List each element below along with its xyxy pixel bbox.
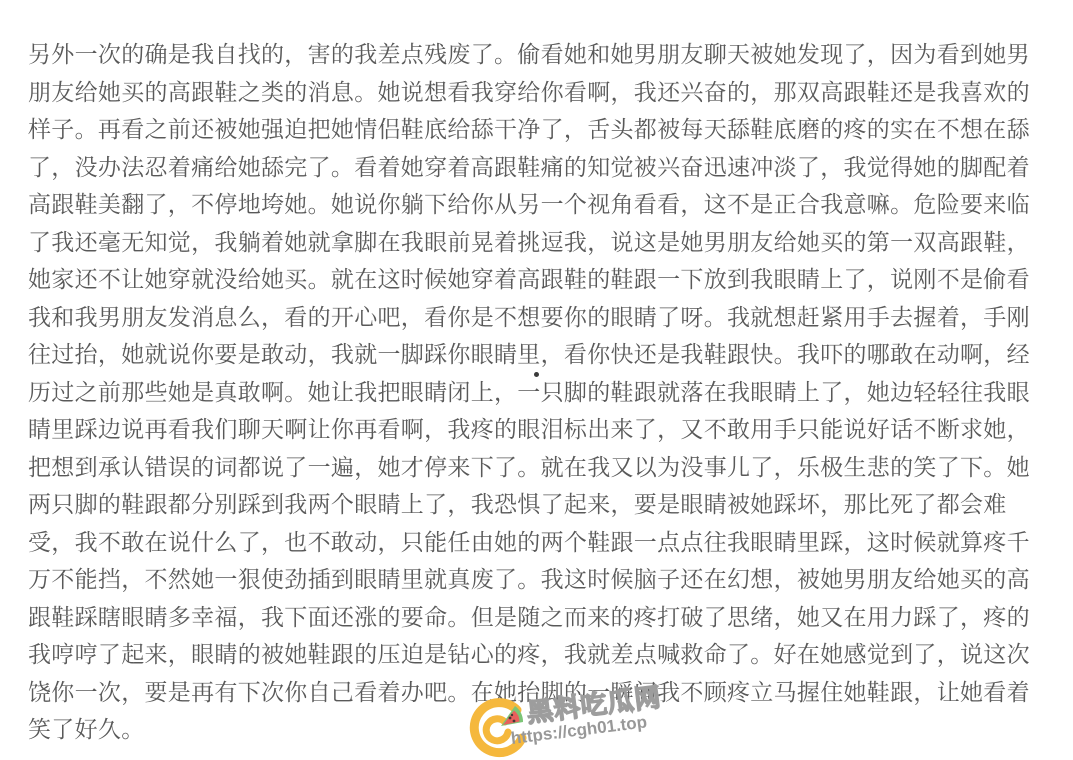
text-line: 把想到承认错误的词都说了一遍，她才停来下了。就在我又以为没事儿了，乐极生悲的笑了… bbox=[28, 449, 1050, 487]
text-line: 朋友给她买的高跟鞋之类的消息。她说想看我穿给你看啊，我还兴奋的，那双高跟鞋还是我… bbox=[28, 74, 1050, 112]
text-line: 跟鞋踩瞎眼睛多幸福，我下面还涨的要命。但是随之而来的疼打破了思绪，她又在用力踩了… bbox=[28, 599, 1050, 637]
text-line: 两只脚的鞋跟都分别踩到我两个眼睛上了，我恐惧了起来，要是眼睛被她踩坏，那比死了都… bbox=[28, 486, 1050, 524]
text-line: 我和我男朋友发消息么，看的开心吧，看你是不想要你的眼睛了呀。我就想赶紧用手去握着… bbox=[28, 299, 1050, 337]
document-page: 另外一次的确是我自找的，害的我差点残废了。偷看她和她男朋友聊天被她发现了，因为看… bbox=[0, 0, 1073, 760]
text-line: 受，我不敢在说什么了，也不敢动，只能任由她的两个鞋跟一点点往我眼睛里踩，这时候就… bbox=[28, 524, 1050, 562]
text-line: 她家还不让她穿就没给她买。就在这时候她穿着高跟鞋的鞋跟一下放到我眼睛上了，说刚不… bbox=[28, 261, 1050, 299]
text-line: 高跟鞋美翻了，不停地垮她。她说你躺下给你从另一个视角看看，这不是正合我意嘛。危险… bbox=[28, 186, 1050, 224]
text-line: 往过抬，她就说你要是敢动，我就一脚踩你眼睛里，看你快还是我鞋跟快。我吓的哪敢在动… bbox=[28, 336, 1050, 374]
text-line: 万不能挡，不然她一狠使劲插到眼睛里就真废了。我这时候脑子还在幻想，被她男朋友给她… bbox=[28, 561, 1050, 599]
text-line: 我哼哼了起来，眼睛的被她鞋跟的压迫是钻心的疼，我就差点喊救命了。好在她感觉到了，… bbox=[28, 636, 1050, 674]
text-line: 了，没办法忍着痛给她舔完了。看着她穿着高跟鞋痛的知觉被兴奋迅速冲淡了，我觉得她的… bbox=[28, 149, 1050, 187]
stray-dot-artifact bbox=[534, 372, 539, 377]
text-line: 样子。再看之前还被她强迫把她情侣鞋底给舔干净了，舌头都被每天舔鞋底磨的疼的实在不… bbox=[28, 111, 1050, 149]
site-watermark: 黑料吃瓜网 https://cgh01.top bbox=[465, 692, 725, 760]
story-text-block: 另外一次的确是我自找的，害的我差点残废了。偷看她和她男朋友聊天被她发现了，因为看… bbox=[28, 36, 1050, 749]
text-line: 了我还毫无知觉，我躺着她就拿脚在我眼前晃着挑逗我，说这是她男朋友给她买的第一双高… bbox=[28, 224, 1050, 262]
text-line: 睛里踩边说再看我们聊天啊让你再看啊，我疼的眼泪标出来了，又不敢用手只能说好话不断… bbox=[28, 411, 1050, 449]
text-line: 另外一次的确是我自找的，害的我差点残废了。偷看她和她男朋友聊天被她发现了，因为看… bbox=[28, 36, 1050, 74]
text-line: 历过之前那些她是真敢啊。她让我把眼睛闭上，一只脚的鞋跟就落在我眼睛上了，她边轻轻… bbox=[28, 374, 1050, 412]
